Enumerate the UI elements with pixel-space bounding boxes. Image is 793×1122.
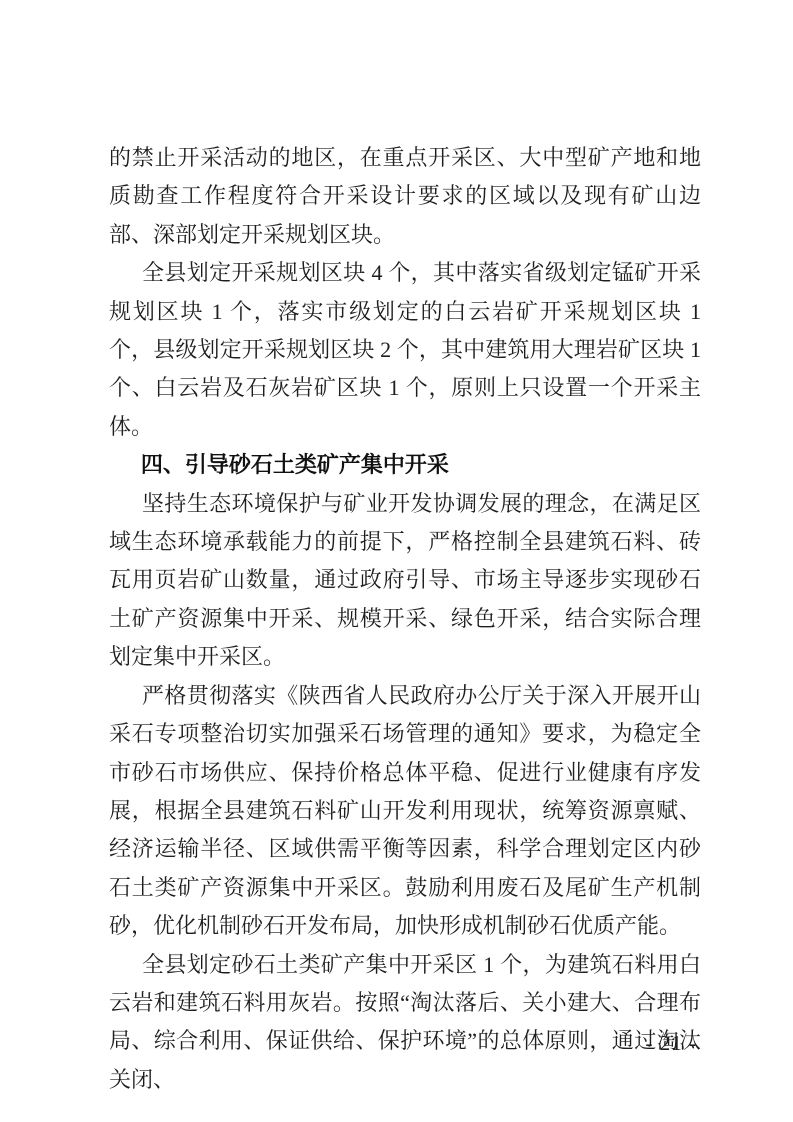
document-page: 的禁止开采活动的地区，在重点开采区、大中型矿产地和地质勘查工作程度符合开采设计要… <box>0 0 793 1122</box>
section-heading: 四、引导砂石土类矿产集中开采 <box>109 446 701 484</box>
document-body: 的禁止开采活动的地区，在重点开采区、大中型矿产地和地质勘查工作程度符合开采设计要… <box>109 139 701 1099</box>
paragraph: 全县划定开采规划区块 4 个，其中落实省级划定锰矿开采规划区块 1 个，落实市级… <box>109 254 701 446</box>
page-number: - 21 - <box>646 1031 698 1056</box>
paragraph: 全县划定砂石土类矿产集中开采区 1 个，为建筑石料用白云岩和建筑石料用灰岩。按照… <box>109 946 701 1100</box>
paragraph: 坚持生态环境保护与矿业开发协调发展的理念，在满足区域生态环境承载能力的前提下，严… <box>109 485 701 677</box>
paragraph: 严格贯彻落实《陕西省人民政府办公厅关于深入开展开山采石专项整治切实加强采石场管理… <box>109 677 701 946</box>
paragraph-continuation: 的禁止开采活动的地区，在重点开采区、大中型矿产地和地质勘查工作程度符合开采设计要… <box>109 139 701 254</box>
